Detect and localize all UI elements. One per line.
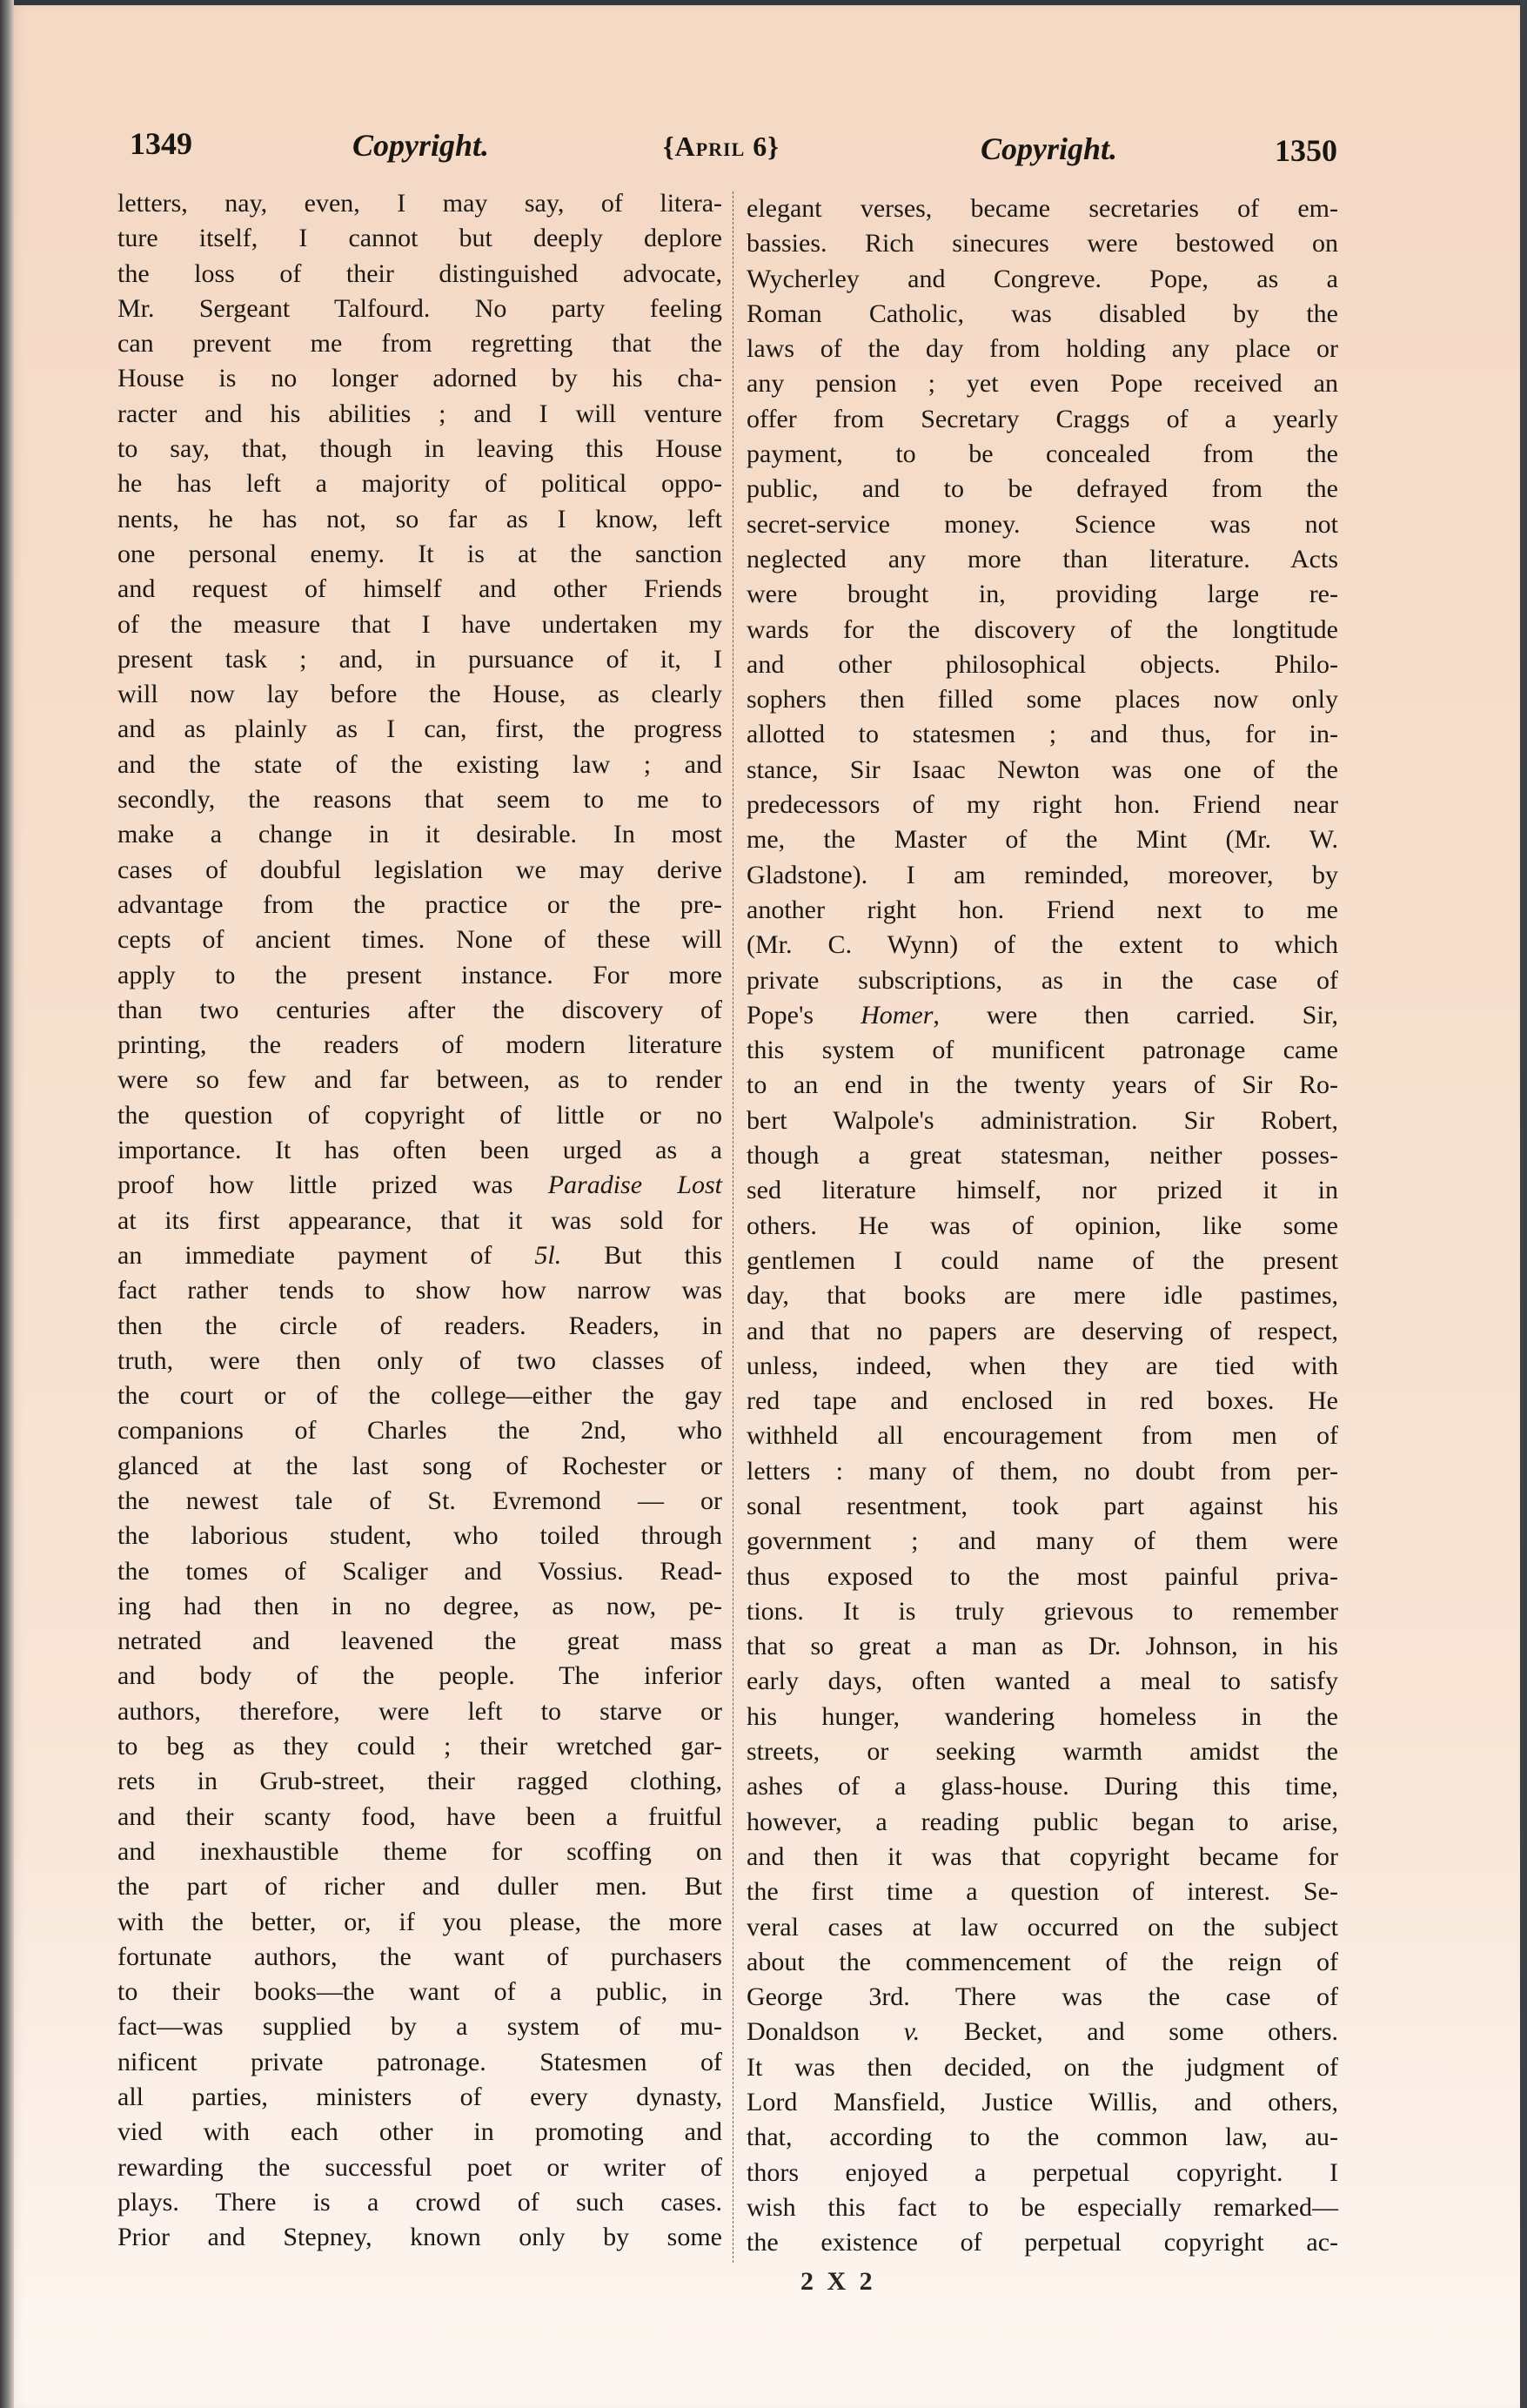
- text-line: offer from Secretary Craggs of a yearly: [747, 402, 1338, 437]
- text-line: companions of Charles the 2nd, who: [117, 1413, 722, 1448]
- text-line: than two centuries after the discovery o…: [117, 993, 722, 1028]
- text-line: ture itself, I cannot but deeply deplore: [117, 221, 722, 256]
- text-line: the tomes of Scaliger and Vossius. Read-: [117, 1554, 722, 1589]
- text-line: nificent private patronage. Statesmen of: [117, 2045, 722, 2080]
- text-line: letters : many of them, no doubt from pe…: [747, 1454, 1338, 1489]
- text-line: rets in Grub-street, their ragged clothi…: [117, 1764, 722, 1799]
- text-line: fact—was supplied by a system of mu-: [117, 2009, 722, 2044]
- column-number-left: 1349: [130, 125, 192, 162]
- date-brace-close: }: [767, 131, 780, 162]
- text-line: of the measure that I have undertaken my: [117, 607, 722, 642]
- scan-left-gutter-shadow: [0, 0, 14, 2408]
- text-line: truth, were then only of two classes of: [117, 1344, 722, 1378]
- text-line: neglected any more than literature. Acts: [747, 542, 1338, 577]
- text-line: that, according to the common law, au-: [747, 2120, 1338, 2155]
- text-column-left: letters, nay, even, I may say, of litera…: [117, 186, 722, 2256]
- text-line: red tape and enclosed in red boxes. He: [747, 1384, 1338, 1419]
- text-line: one personal enemy. It is at the sanctio…: [117, 537, 722, 572]
- running-title-left: Copyright.: [352, 127, 489, 164]
- text-line: apply to the present instance. For more: [117, 958, 722, 993]
- text-line: day, that books are mere idle pastimes,: [747, 1278, 1338, 1313]
- date-month: April: [675, 131, 746, 162]
- text-line: the existence of perpetual copyright ac-: [747, 2225, 1338, 2260]
- text-line: with the better, or, if you please, the …: [117, 1905, 722, 1940]
- text-line: bassies. Rich sinecures were bestowed on: [747, 226, 1338, 261]
- text-line: rewarding the successful poet or writer …: [117, 2150, 722, 2185]
- text-line: nents, he has not, so far as I know, lef…: [117, 502, 722, 537]
- text-line: letters, nay, even, I may say, of litera…: [117, 186, 722, 221]
- date-day: 6: [753, 131, 767, 162]
- text-line: about the commencement of the reign of: [747, 1945, 1338, 1980]
- text-line: that so great a man as Dr. Johnson, in h…: [747, 1629, 1338, 1664]
- text-line: advantage from the practice or the pre-: [117, 888, 722, 922]
- text-line: importance. It has often been urged as a: [117, 1133, 722, 1168]
- text-line: payment, to be concealed from the: [747, 437, 1338, 472]
- text-line: present task ; and, in pursuance of it, …: [117, 642, 722, 677]
- text-line: Lord Mansfield, Justice Willis, and othe…: [747, 2085, 1338, 2120]
- text-line: secret-service money. Science was not: [747, 507, 1338, 542]
- text-line: Mr. Sergeant Talfourd. No party feeling: [117, 292, 722, 326]
- text-line: to beg as they could ; their wretched ga…: [117, 1729, 722, 1764]
- text-column-right: elegant verses, became secretaries of em…: [747, 191, 1338, 2261]
- text-line: and inexhaustible theme for scoffing on: [117, 1835, 722, 1869]
- text-line: will now lay before the House, as clearl…: [117, 677, 722, 712]
- text-line: wards for the discovery of the longtitud…: [747, 613, 1338, 647]
- running-date: {April 6}: [663, 131, 780, 163]
- text-line: were brought in, providing large re-: [747, 577, 1338, 612]
- text-line: Gladstone). I am reminded, moreover, by: [747, 858, 1338, 893]
- text-line: can prevent me from regretting that the: [117, 326, 722, 361]
- text-line: all parties, ministers of every dynasty,: [117, 2080, 722, 2115]
- text-line: others. He was of opinion, like some: [747, 1209, 1338, 1244]
- text-line: the first time a question of interest. S…: [747, 1875, 1338, 1909]
- text-line: and their scanty food, have been a fruit…: [117, 1800, 722, 1835]
- text-line: Roman Catholic, was disabled by the: [747, 297, 1338, 332]
- text-line: to say, that, though in leaving this Hou…: [117, 432, 722, 466]
- text-line: an immediate payment of 5l. But this: [117, 1238, 722, 1273]
- text-line: ing had then in no degree, as now, pe-: [117, 1589, 722, 1624]
- text-line: and other philosophical objects. Philo-: [747, 647, 1338, 682]
- text-line: the newest tale of St. Evremond — or: [117, 1484, 722, 1519]
- italic-title: Homer: [861, 1001, 933, 1030]
- text-line: laws of the day from holding any place o…: [747, 332, 1338, 366]
- italic-title: Paradise Lost: [548, 1170, 722, 1199]
- text-line: thus exposed to the most painful priva-: [747, 1559, 1338, 1594]
- text-line: plays. There is a crowd of such cases.: [117, 2185, 722, 2220]
- text-line: government ; and many of them were: [747, 1524, 1338, 1559]
- text-line: proof how little prized was Paradise Los…: [117, 1168, 722, 1203]
- text-line: veral cases at law occurred on the subje…: [747, 1910, 1338, 1945]
- text-line: me, the Master of the Mint (Mr. W.: [747, 822, 1338, 857]
- text-line: this system of munificent patronage came: [747, 1033, 1338, 1068]
- text-line: to their books—the want of a public, in: [117, 1975, 722, 2009]
- italic-title: v.: [904, 2017, 921, 2046]
- text-line: allotted to statesmen ; and thus, for in…: [747, 717, 1338, 752]
- text-line: the part of richer and duller men. But: [117, 1869, 722, 1904]
- text-line: Donaldson v. Becket, and some others.: [747, 2015, 1338, 2049]
- text-line: cases of doubful legislation we may deri…: [117, 853, 722, 888]
- text-line: glanced at the last song of Rochester or: [117, 1449, 722, 1484]
- text-line: gentlemen I could name of the present: [747, 1244, 1338, 1278]
- text-line: and then it was that copyright became fo…: [747, 1840, 1338, 1875]
- text-line: to an end in the twenty years of Sir Ro-: [747, 1068, 1338, 1103]
- text-line: stance, Sir Isaac Newton was one of the: [747, 753, 1338, 788]
- text-line: cepts of ancient times. None of these wi…: [117, 922, 722, 957]
- text-line: however, a reading public began to arise…: [747, 1805, 1338, 1840]
- text-line: he has left a majority of political oppo…: [117, 466, 722, 501]
- text-line: his hunger, wandering homeless in the: [747, 1700, 1338, 1734]
- text-line: netrated and leavened the great mass: [117, 1624, 722, 1659]
- text-line: bert Walpole's administration. Sir Rober…: [747, 1103, 1338, 1138]
- text-line: Pope's Homer, were then carried. Sir,: [747, 998, 1338, 1033]
- text-line: and the state of the existing law ; and: [117, 748, 722, 782]
- text-line: and as plainly as I can, first, the prog…: [117, 712, 722, 747]
- column-number-right: 1350: [1275, 132, 1337, 169]
- text-line: sonal resentment, took part against his: [747, 1489, 1338, 1524]
- text-line: private subscriptions, as in the case of: [747, 963, 1338, 998]
- text-line: and that no papers are deserving of resp…: [747, 1314, 1338, 1349]
- text-line: public, and to be defrayed from the: [747, 472, 1338, 506]
- text-line: fortunate authors, the want of purchaser…: [117, 1940, 722, 1975]
- text-line: predecessors of my right hon. Friend nea…: [747, 788, 1338, 822]
- text-line: the question of copyright of little or n…: [117, 1098, 722, 1133]
- text-line: printing, the readers of modern literatu…: [117, 1028, 722, 1063]
- running-head: 1349 Copyright. {April 6} Copyright. 135…: [117, 122, 1337, 165]
- text-line: secondly, the reasons that seem to me to: [117, 782, 722, 817]
- text-line: It was then decided, on the judgment of: [747, 2050, 1338, 2085]
- text-line: any pension ; yet even Pope received an: [747, 366, 1338, 401]
- text-line: Wycherley and Congreve. Pope, as a: [747, 262, 1338, 297]
- scan-right-edge: [1520, 0, 1527, 2408]
- text-line: make a change in it desirable. In most: [117, 817, 722, 852]
- text-line: tions. It is truly grievous to remember: [747, 1594, 1338, 1629]
- text-line: the loss of their distinguished advocate…: [117, 257, 722, 292]
- text-line: the court or of the college—either the g…: [117, 1378, 722, 1413]
- text-line: George 3rd. There was the case of: [747, 1980, 1338, 2015]
- text-line: at its first appearance, that it was sol…: [117, 1204, 722, 1238]
- text-line: sed literature himself, nor prized it in: [747, 1173, 1338, 1208]
- text-line: racter and his abilities ; and I will ve…: [117, 397, 722, 432]
- text-line: then the circle of readers. Readers, in: [117, 1309, 722, 1344]
- text-line: and body of the people. The inferior: [117, 1659, 722, 1694]
- running-title-right: Copyright.: [981, 131, 1117, 167]
- text-line: authors, therefore, were left to starve …: [117, 1694, 722, 1729]
- text-line: wish this fact to be especially remarked…: [747, 2190, 1338, 2225]
- text-line: ashes of a glass-house. During this time…: [747, 1769, 1338, 1804]
- text-line: early days, often wanted a meal to satis…: [747, 1664, 1338, 1699]
- text-line: sophers then filled some places now only: [747, 682, 1338, 717]
- text-line: though a great statesman, neither posses…: [747, 1138, 1338, 1173]
- date-brace-open: {: [663, 131, 675, 162]
- text-line: Prior and Stepney, known only by some: [117, 2220, 722, 2255]
- italic-title: 5l.: [534, 1241, 561, 1270]
- text-line: House is no longer adorned by his cha-: [117, 361, 722, 396]
- text-line: streets, or seeking warmth amidst the: [747, 1734, 1338, 1769]
- text-line: and request of himself and other Friends: [117, 572, 722, 607]
- text-line: the laborious student, who toiled throug…: [117, 1519, 722, 1553]
- text-line: (Mr. C. Wynn) of the extent to which: [747, 928, 1338, 963]
- text-line: another right hon. Friend next to me: [747, 893, 1338, 928]
- signature-mark: 2 X 2: [800, 2267, 876, 2297]
- text-line: were so few and far between, as to rende…: [117, 1063, 722, 1097]
- text-line: elegant verses, became secretaries of em…: [747, 191, 1338, 226]
- text-line: vied with each other in promoting and: [117, 2115, 722, 2150]
- text-line: withheld all encouragement from men of: [747, 1419, 1338, 1453]
- column-divider-rule: [733, 191, 733, 2263]
- text-line: thors enjoyed a perpetual copyright. I: [747, 2156, 1338, 2190]
- text-line: fact rather tends to show how narrow was: [117, 1273, 722, 1308]
- text-line: unless, indeed, when they are tied with: [747, 1349, 1338, 1384]
